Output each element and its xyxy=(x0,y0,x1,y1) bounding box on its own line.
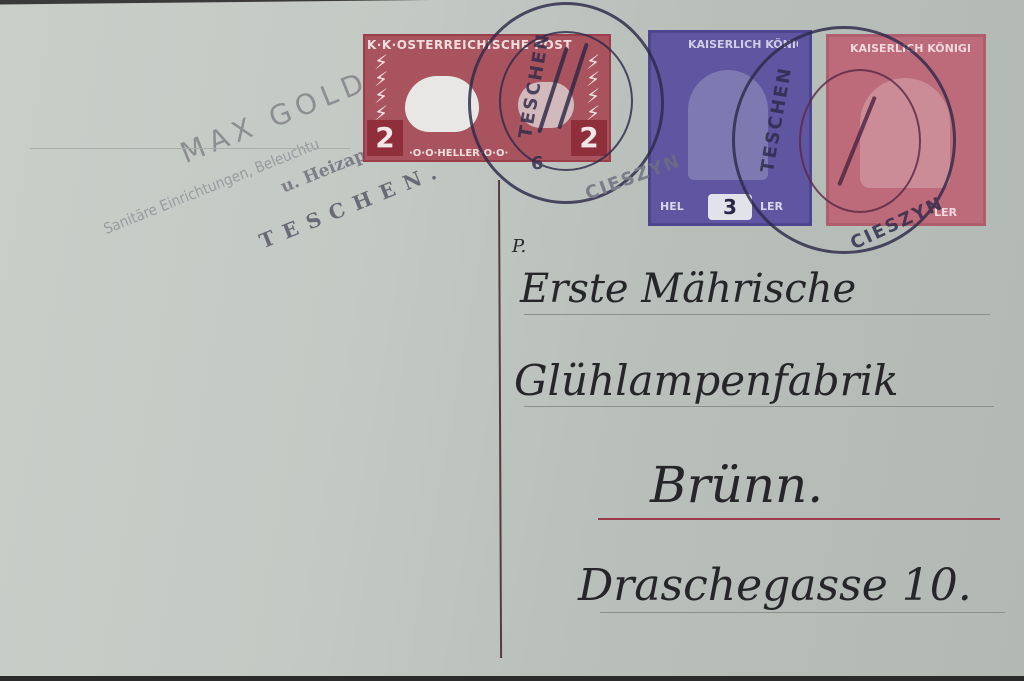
postmark-teschen-2: TESCHEN CIESZYN xyxy=(732,26,956,254)
faint-guide-line xyxy=(30,148,350,149)
sender-city: TESCHEN. xyxy=(256,157,449,254)
postmark-teschen: TESCHEN CIESZYN 6 xyxy=(468,2,664,204)
address-guide-line xyxy=(524,406,994,407)
postmark-date: 6 xyxy=(531,153,546,174)
stamp-value: 2 xyxy=(367,120,403,156)
city-underline xyxy=(598,518,1000,520)
postmark-city: TESCHEN xyxy=(757,65,796,174)
postcard: MAX GOLD Sanitäre Einrichtungen, Beleuch… xyxy=(0,0,1024,676)
address-line-2: Glühlampenfabrik xyxy=(514,356,899,405)
address-city: Brünn. xyxy=(650,456,823,514)
stamp-footer-left: HEL xyxy=(660,200,684,213)
address-salutation: P. xyxy=(512,236,526,257)
address-line-1: Erste Mährische xyxy=(520,266,856,312)
address-guide-line xyxy=(524,314,990,315)
postmark-inner-ring xyxy=(799,69,921,213)
stamp-value: 3 xyxy=(708,194,752,220)
address-guide-line xyxy=(600,612,1005,613)
card-divider-line xyxy=(498,180,502,658)
address-street: Draschegasse 10. xyxy=(578,560,972,611)
lightning-bolt-icon: ⚡⚡⚡⚡ xyxy=(367,54,395,124)
